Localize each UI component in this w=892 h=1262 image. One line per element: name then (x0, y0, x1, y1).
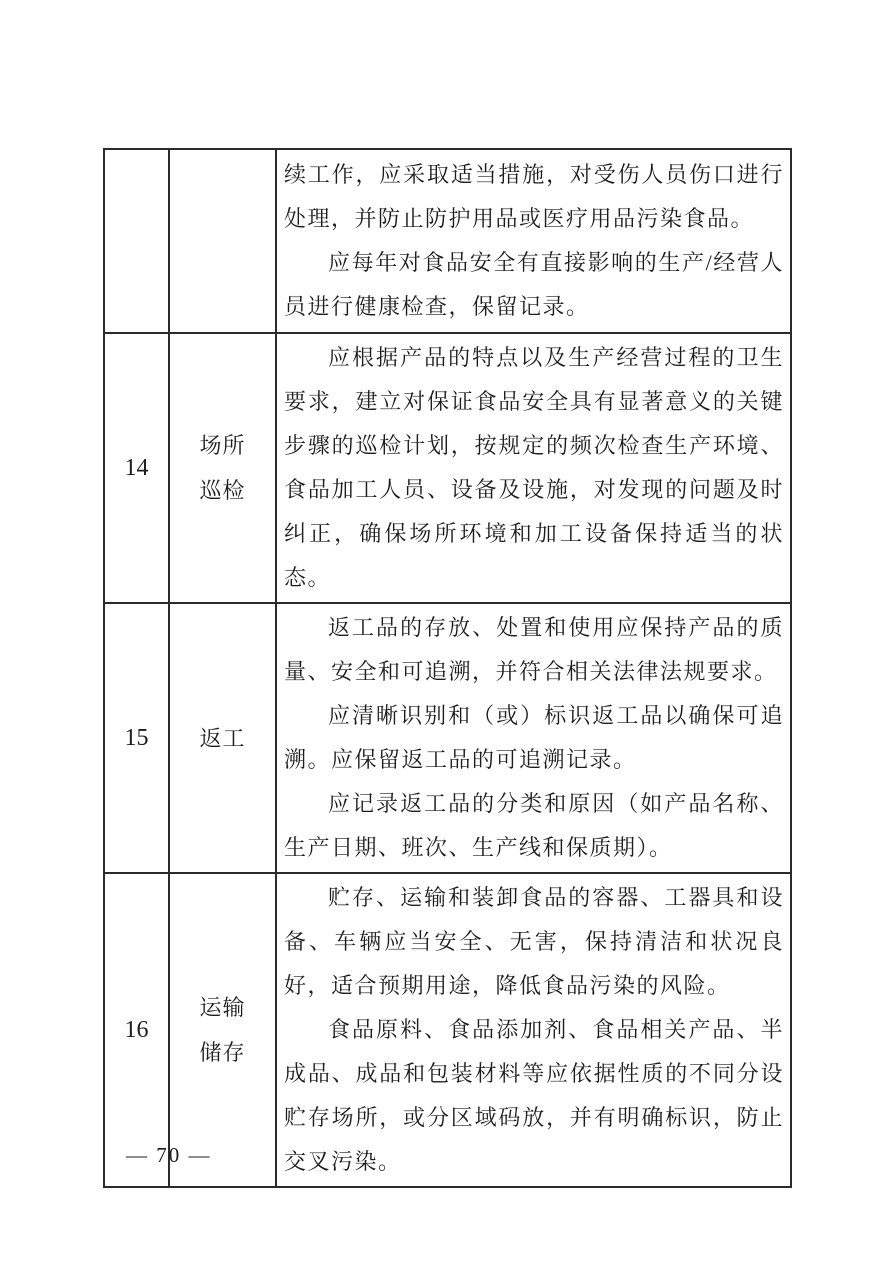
content-paragraph: 应记录返工品的分类和原因（如产品名称、生产日期、班次、生产线和保质期）。 (284, 782, 784, 870)
table-row: 14场所巡检应根据产品的特点以及生产经营过程的卫生要求，建立对保证食品安全具有显… (104, 333, 791, 603)
content-paragraph: 续工作，应采取适当措施，对受伤人员伤口进行处理，并防止防护用品或医疗用品污染食品… (284, 153, 784, 241)
content-cell: 贮存、运输和装卸食品的容器、工器具和设备、车辆应当安全、无害，保持清洁和状况良好… (276, 873, 791, 1187)
content-paragraph: 应根据产品的特点以及生产经营过程的卫生要求，建立对保证食品安全具有显著意义的关键… (284, 336, 784, 600)
table-row: 16运输储存贮存、运输和装卸食品的容器、工器具和设备、车辆应当安全、无害，保持清… (104, 873, 791, 1187)
row-number-cell: 15 (104, 603, 169, 873)
category-label: 返工 (170, 716, 275, 761)
row-number-cell: 14 (104, 333, 169, 603)
content-cell: 续工作，应采取适当措施，对受伤人员伤口进行处理，并防止防护用品或医疗用品污染食品… (276, 149, 791, 333)
category-cell: 返工 (169, 603, 276, 873)
content-paragraph: 返工品的存放、处置和使用应保持产品的质量、安全和可追溯，并符合相关法律法规要求。 (284, 606, 784, 694)
category-cell: 运输储存 (169, 873, 276, 1187)
row-number: 14 (125, 455, 149, 481)
content-paragraph: 应每年对食品安全有直接影响的生产/经营人员进行健康检查，保留记录。 (284, 241, 784, 329)
row-number: 15 (125, 725, 149, 751)
content-paragraph: 贮存、运输和装卸食品的容器、工器具和设备、车辆应当安全、无害，保持清洁和状况良好… (284, 876, 784, 1008)
requirements-table: 续工作，应采取适当措施，对受伤人员伤口进行处理，并防止防护用品或医疗用品污染食品… (103, 148, 792, 1188)
category-label: 运输 (170, 985, 275, 1030)
table-row: 15返工返工品的存放、处置和使用应保持产品的质量、安全和可追溯，并符合相关法律法… (104, 603, 791, 873)
row-number: 16 (125, 1017, 149, 1043)
document-page: 续工作，应采取适当措施，对受伤人员伤口进行处理，并防止防护用品或医疗用品污染食品… (0, 0, 892, 1262)
category-label: 储存 (170, 1030, 275, 1075)
row-number-cell (104, 149, 169, 333)
content-paragraph: 食品原料、食品添加剂、食品相关产品、半成品、成品和包装材料等应依据性质的不同分设… (284, 1008, 784, 1184)
table-row: 续工作，应采取适当措施，对受伤人员伤口进行处理，并防止防护用品或医疗用品污染食品… (104, 149, 791, 333)
category-label: 场所 (170, 423, 275, 468)
category-cell (169, 149, 276, 333)
content-cell: 返工品的存放、处置和使用应保持产品的质量、安全和可追溯，并符合相关法律法规要求。… (276, 603, 791, 873)
category-cell: 场所巡检 (169, 333, 276, 603)
category-label: 巡检 (170, 468, 275, 513)
row-number-cell: 16 (104, 873, 169, 1187)
content-paragraph: 应清晰识别和（或）标识返工品以确保可追溯。应保留返工品的可追溯记录。 (284, 694, 784, 782)
table-body: 续工作，应采取适当措施，对受伤人员伤口进行处理，并防止防护用品或医疗用品污染食品… (104, 149, 791, 1187)
page-number: — 70 — (126, 1143, 212, 1168)
content-cell: 应根据产品的特点以及生产经营过程的卫生要求，建立对保证食品安全具有显著意义的关键… (276, 333, 791, 603)
